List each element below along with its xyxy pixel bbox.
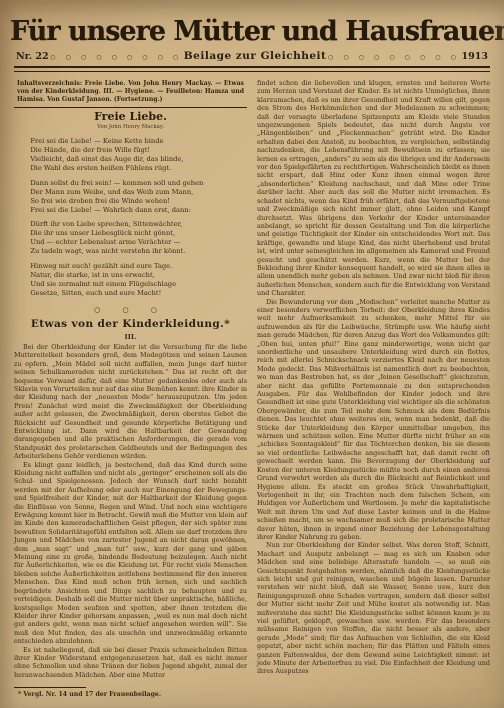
poem-line: Dürft ihr von Liebe sprechen, Sittenwäch… bbox=[30, 220, 230, 229]
two-column-body: Inhaltsverzeichnis: Freie Liebe. Von Joh… bbox=[0, 79, 504, 700]
issue-number: Nr. 22 bbox=[16, 51, 49, 62]
poem-title: Freie Liebe. bbox=[14, 113, 247, 121]
poem-line: Und — echter Lebenslust arme Verächter — bbox=[30, 238, 230, 247]
poem-line: Natur, die starke, ist in uns erwacht, bbox=[30, 271, 230, 280]
footnote: * Vergl. Nr. 14 und 17 der Frauenbeilage… bbox=[14, 691, 247, 699]
table-of-contents: Inhaltsverzeichnis: Freie Liebe. Von Joh… bbox=[14, 79, 247, 108]
poem-stanza: Dann sollst du frei sein! — kommen soll … bbox=[30, 179, 230, 215]
poem-line: Die Wahl des ersten heißen Fühlens rügt. bbox=[30, 164, 230, 173]
masthead-divider-rule bbox=[14, 66, 490, 72]
footnote-rule bbox=[14, 687, 86, 688]
poem-line: Hinweg mit euch! gezählt sind eure Tage. bbox=[30, 262, 230, 271]
poem-line: Frei sei die Liebe! — Keine Kette binde bbox=[30, 137, 230, 146]
masthead-title: Für unsere Mütter und Hausfrauen bbox=[10, 16, 494, 47]
supplement-subtitle: Beilage zur Gleichheit bbox=[184, 50, 327, 62]
newspaper-page: Für unsere Mütter und Hausfrauen Nr. 22 … bbox=[0, 0, 504, 708]
poem-freie-liebe: Freie Liebe. Von John Henry Mackay. Frei… bbox=[14, 113, 247, 314]
article-paragraph: Die Bewunderung vor dem „Modischen“ verl… bbox=[257, 298, 490, 542]
poem-line: Dann sollst du frei sein! — kommen soll … bbox=[30, 179, 230, 188]
poem-line: Frei sei die Liebe! — Wahrlich dann erst… bbox=[30, 206, 230, 215]
article-section-number: III. bbox=[14, 333, 247, 341]
circle-divider: ○ ○ ○ bbox=[14, 306, 247, 314]
masthead-subtitle-row: Nr. 22 ○ ○ ○ ○ ○ ○ ○ ○ ○ Beilage zur Gle… bbox=[16, 50, 488, 62]
issue-year: 1913 bbox=[462, 51, 488, 62]
article-paragraph: Bei der Oberkleidung der Kinder ist die … bbox=[14, 343, 247, 461]
article-paragraph: Es ist naheliegend, daß sie bei dieser P… bbox=[14, 646, 247, 680]
poem-line: Die ihr uns unser Liebesglück nicht gönn… bbox=[30, 229, 230, 238]
left-column: Inhaltsverzeichnis: Freie Liebe. Von Joh… bbox=[14, 79, 247, 700]
poem-line: Vielleicht, daß einst das Auge dir, das … bbox=[30, 155, 230, 164]
poem-stanza: Dürft ihr von Liebe sprechen, Sittenwäch… bbox=[30, 220, 230, 256]
poem-line: Der Mann zum Weibe, und das Weib zum Man… bbox=[30, 188, 230, 197]
poem-line: So frei wie droben frei die Winde wehen! bbox=[30, 197, 230, 206]
poem-line: Die Hände, die der freie Wille fügt! bbox=[30, 146, 230, 155]
decorative-dots-right: ○ ○ ○ ○ ○ ○ ○ ○ ○ bbox=[328, 52, 460, 61]
poem-line: Zu tadeln wagt, was nicht verstehn ihr k… bbox=[30, 247, 230, 256]
toc-label: Inhaltsverzeichnis: bbox=[17, 80, 82, 87]
article-title: Etwas von der Kinderkleidung.* bbox=[14, 320, 247, 328]
poem-line: Gesetze, Sitten, euch und eure Macht! bbox=[30, 289, 230, 298]
poem-stanza: Frei sei die Liebe! — Keine Kette binde … bbox=[30, 137, 230, 173]
article-paragraph: Es klingt ganz leidlich, ja bestechend, … bbox=[14, 461, 247, 646]
poem-line: Und sie zermalmt mit einem Flügelschlage bbox=[30, 280, 230, 289]
poem-byline: Von John Henry Mackay. bbox=[14, 123, 247, 131]
article-paragraph: findet schon die liebevollen und klugen,… bbox=[257, 79, 490, 298]
article-paragraph: Nun zur Oberkleidung der Kinder selbst. … bbox=[257, 541, 490, 676]
poem-stanza: Hinweg mit euch! gezählt sind eure Tage.… bbox=[30, 262, 230, 298]
decorative-dots-left: ○ ○ ○ ○ ○ ○ ○ ○ ○ bbox=[50, 52, 182, 61]
right-column: findet schon die liebevollen und klugen,… bbox=[257, 79, 490, 700]
